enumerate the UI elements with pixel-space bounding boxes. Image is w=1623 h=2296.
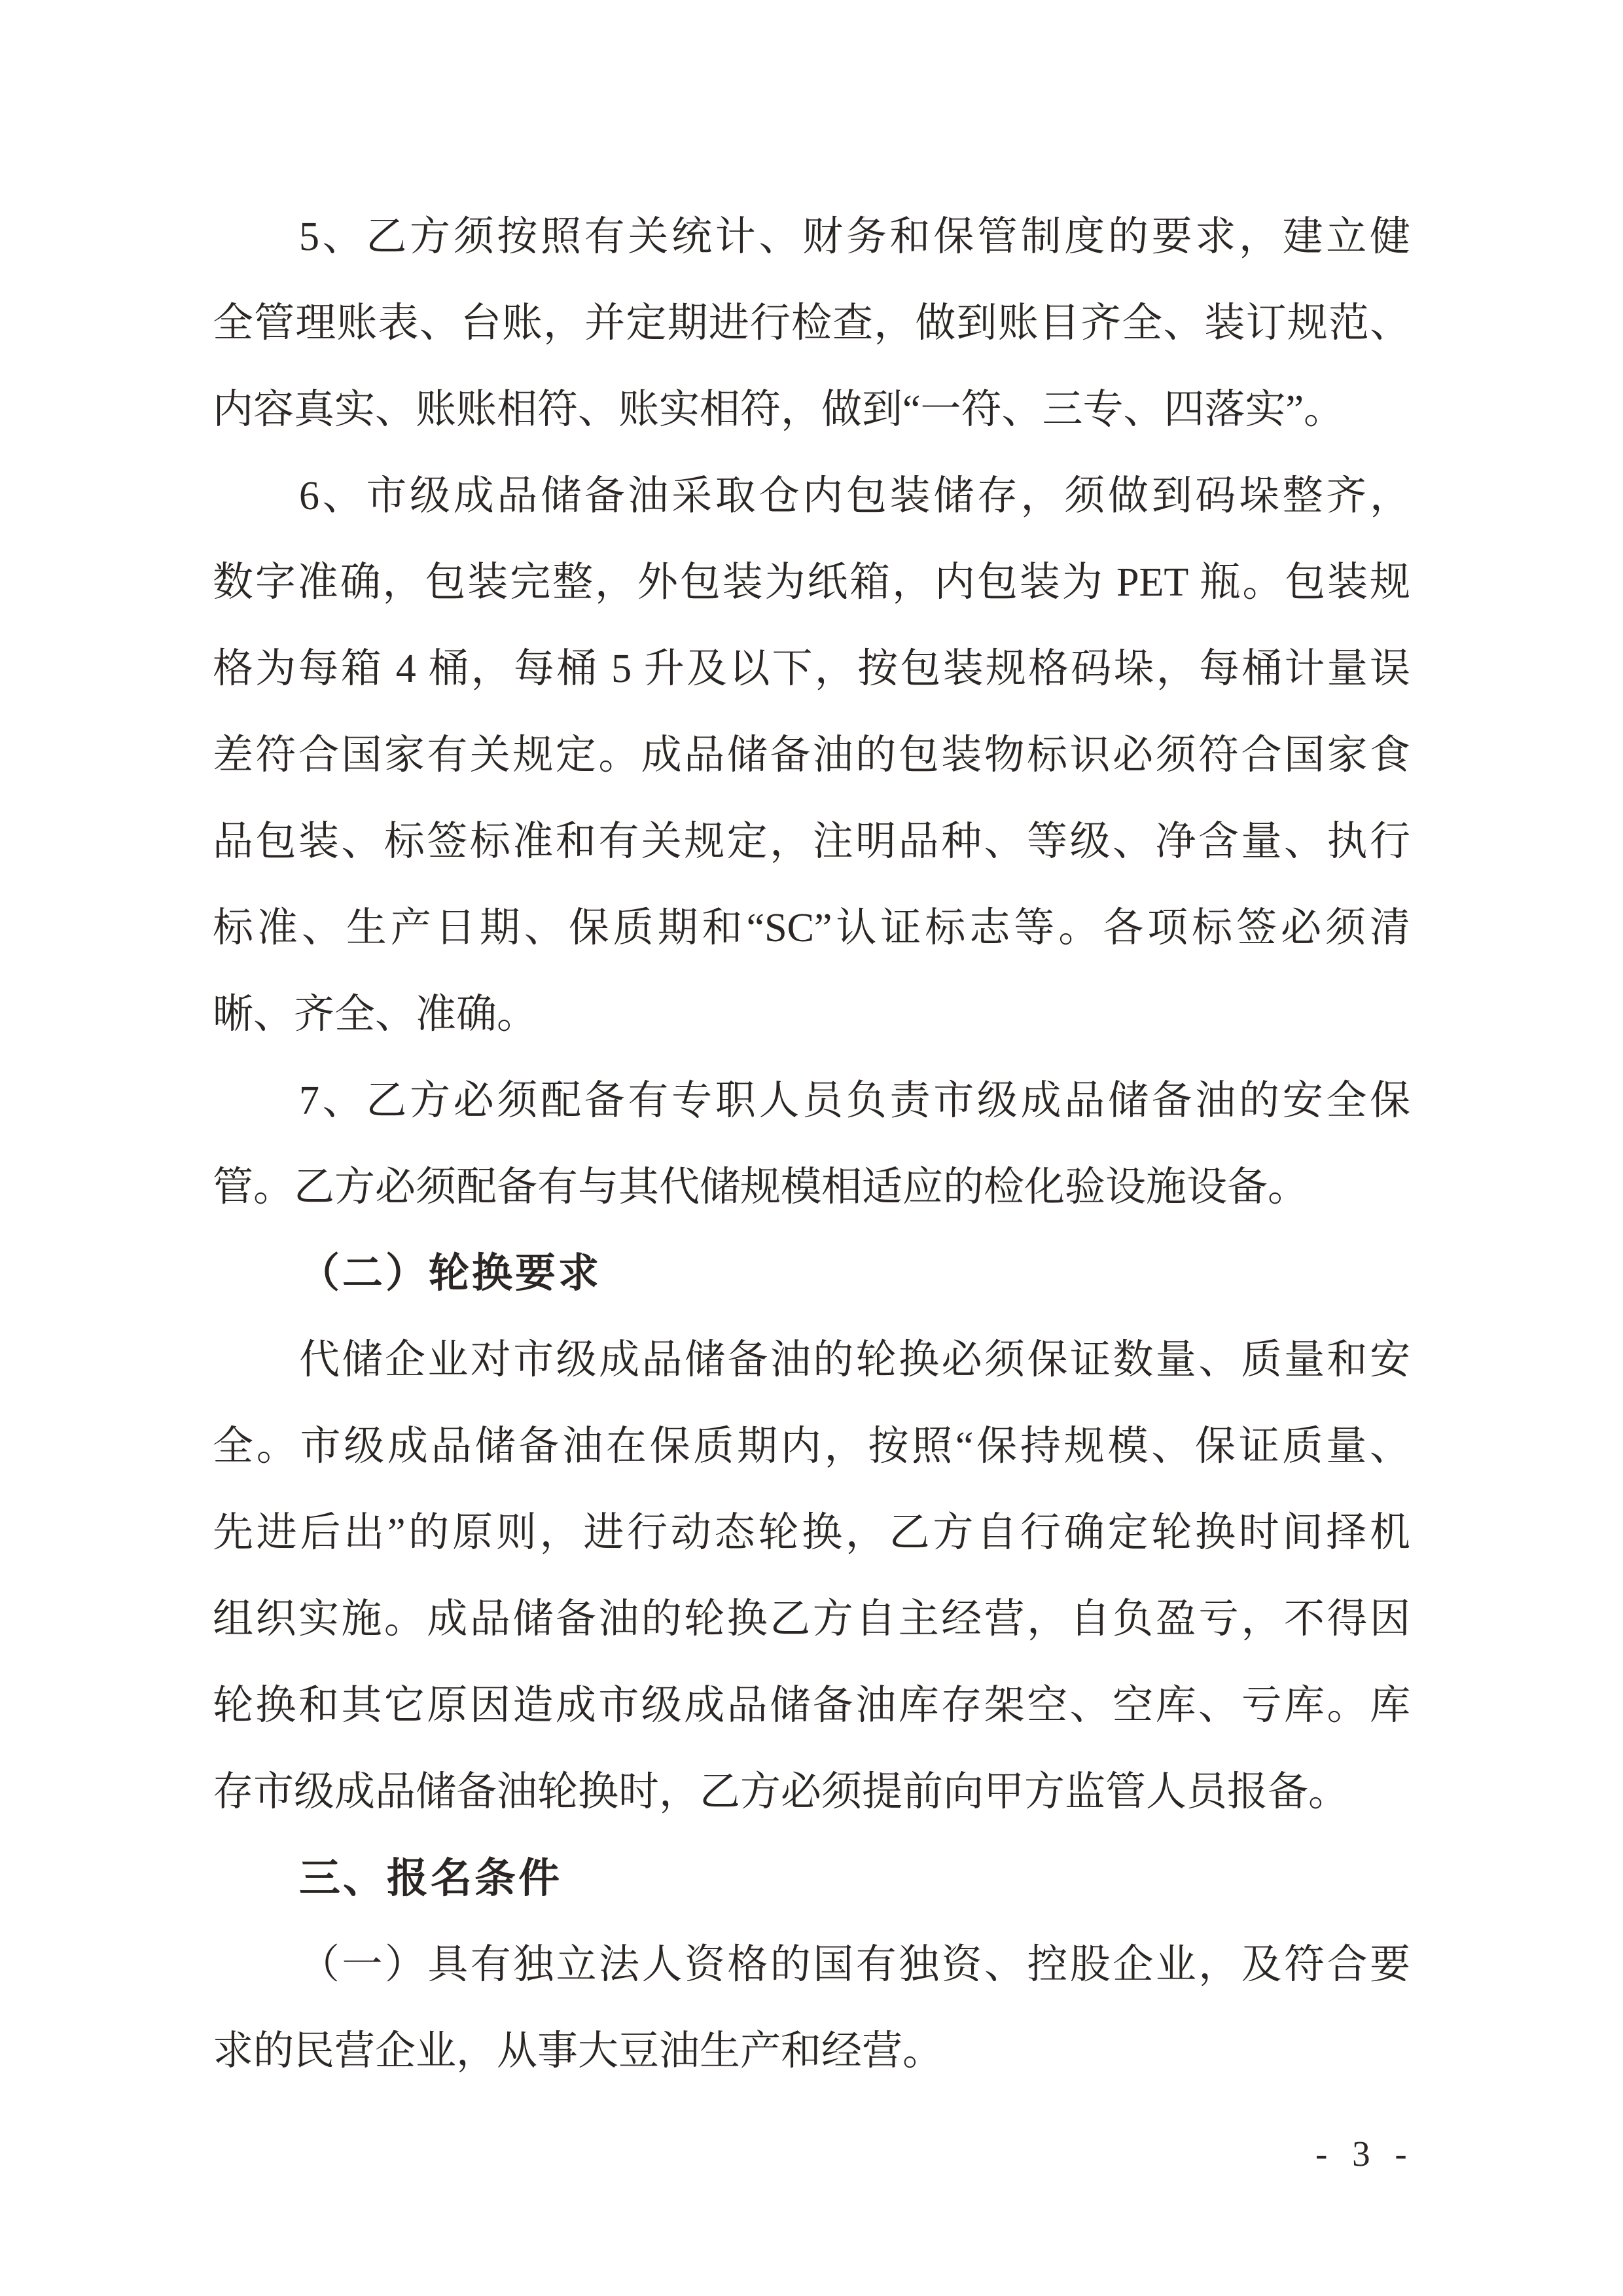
text-block: 5、乙方须按照有关统计、财务和保管制度的要求，建立健 全管理账表、台账，并定期进… — [213, 194, 1410, 2094]
heading-registration-conditions: 三、报名条件 — [213, 1835, 1410, 1922]
paragraph-5-line-1: 5、乙方须按照有关统计、财务和保管制度的要求，建立健 — [213, 194, 1410, 280]
paragraph-condition-1-line-1: （一）具有独立法人资格的国有独资、控股企业，及符合要 — [213, 1922, 1410, 2008]
paragraph-7-line-2: 管。乙方必须配备有与其代储规模相适应的检化验设施设备。 — [213, 1144, 1410, 1230]
paragraph-6-line-1: 6、市级成品储备油采取仓内包装储存，须做到码垛整齐， — [213, 453, 1410, 539]
paragraph-6-line-6: 标准、生产日期、保质期和“SC”认证标志等。各项标签必须清 — [213, 885, 1410, 971]
paragraph-rotation-line-4: 组织实施。成品储备油的轮换乙方自主经营，自负盈亏，不得因 — [213, 1576, 1410, 1662]
paragraph-6-line-4: 差符合国家有关规定。成品储备油的包装物标识必须符合国家食 — [213, 712, 1410, 798]
paragraph-condition-1-line-2: 求的民营企业，从事大豆油生产和经营。 — [213, 2008, 1410, 2094]
paragraph-rotation-line-1: 代储企业对市级成品储备油的轮换必须保证数量、质量和安 — [213, 1317, 1410, 1403]
paragraph-6-line-2: 数字准确，包装完整，外包装为纸箱，内包装为 PET 瓶。包装规 — [213, 539, 1410, 626]
page-number: - 3 - — [1315, 2132, 1415, 2176]
document-page: 5、乙方须按照有关统计、财务和保管制度的要求，建立健 全管理账表、台账，并定期进… — [0, 0, 1623, 2296]
paragraph-5-line-2: 全管理账表、台账，并定期进行检查，做到账目齐全、装订规范、 — [213, 280, 1410, 367]
paragraph-7-line-1: 7、乙方必须配备有专职人员负责市级成品储备油的安全保 — [213, 1058, 1410, 1144]
paragraph-6-line-3: 格为每箱 4 桶，每桶 5 升及以下，按包装规格码垛，每桶计量误 — [213, 626, 1410, 712]
paragraph-rotation-line-2: 全。市级成品储备油在保质期内，按照“保持规模、保证质量、 — [213, 1403, 1410, 1490]
paragraph-rotation-line-5: 轮换和其它原因造成市级成品储备油库存架空、空库、亏库。库 — [213, 1662, 1410, 1749]
paragraph-6-line-7: 晰、齐全、准确。 — [213, 971, 1410, 1058]
paragraph-rotation-line-6: 存市级成品储备油轮换时，乙方必须提前向甲方监管人员报备。 — [213, 1749, 1410, 1835]
heading-rotation-requirements: （二）轮换要求 — [213, 1230, 1410, 1317]
paragraph-rotation-line-3: 先进后出”的原则，进行动态轮换，乙方自行确定轮换时间择机 — [213, 1490, 1410, 1576]
paragraph-6-line-5: 品包装、标签标准和有关规定，注明品种、等级、净含量、执行 — [213, 798, 1410, 885]
paragraph-5-line-3: 内容真实、账账相符、账实相符，做到“一符、三专、四落实”。 — [213, 367, 1410, 453]
